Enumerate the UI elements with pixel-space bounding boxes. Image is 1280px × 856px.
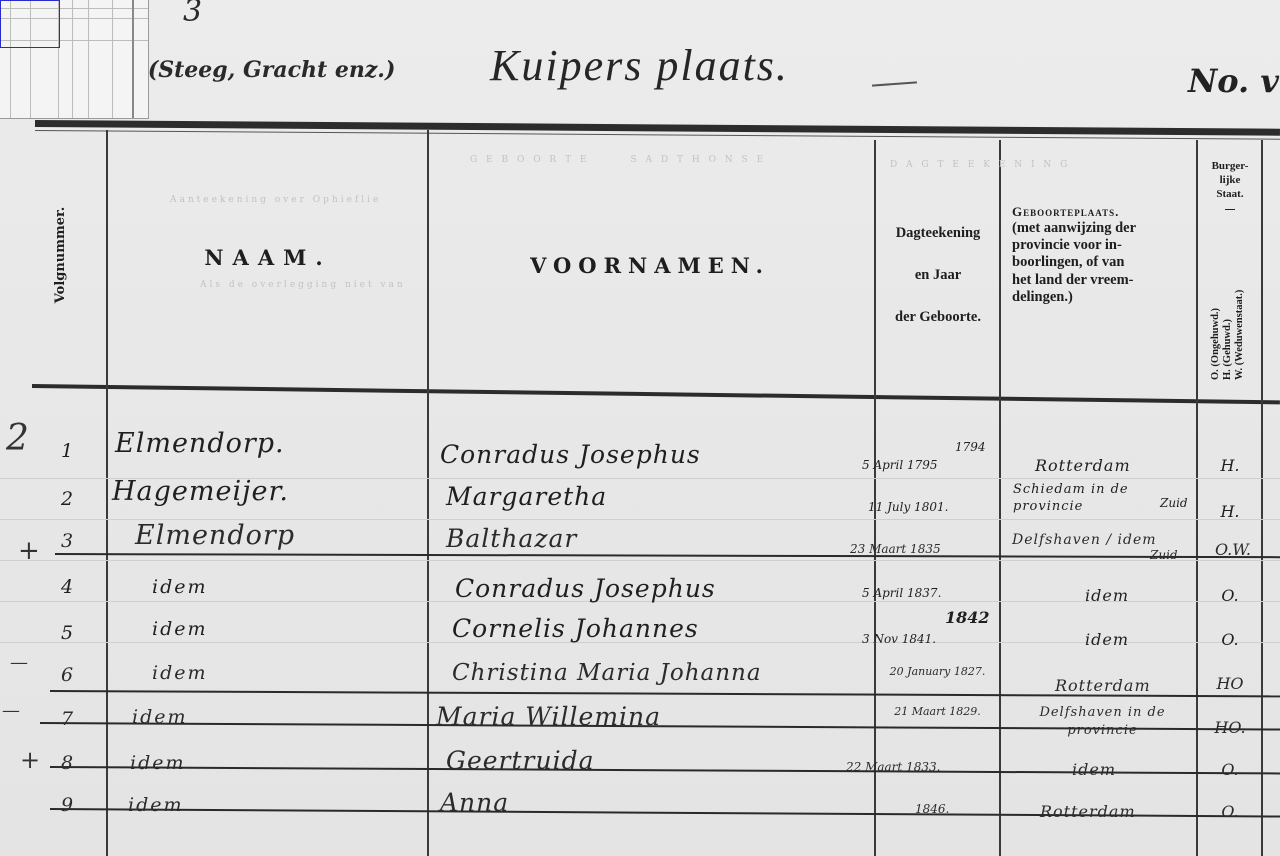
row-birth-date: 3 Nov 1841. [862,632,936,646]
row-surname: Elmendorp. [115,428,285,459]
row-birthplace: Delfshaven in de provincie [1010,704,1195,739]
row-surname: idem [130,752,186,774]
page-thumbnail-navigator[interactable] [0,0,149,119]
margin-mark: + [18,536,40,566]
burgerlijke-staat-codes: O. (Ongehuwd.) H. (Gehuwd.) W. (Weduwens… [1210,260,1250,380]
row-number: 8 [50,752,84,774]
bleed-through-text: Als de overlegging niet van [200,280,406,290]
column-divider-burg-next [1261,140,1263,856]
row-birth-date: 23 Maart 1835 [850,542,941,556]
column-header-voornamen: VOORNAMEN. [430,253,870,278]
row-surname: idem [152,662,208,684]
sheet-number: 3 [183,0,202,29]
margin-mark: 2 [6,418,29,459]
column-header-geboorteplaats: Geboorteplaats. (met aanwijzing der prov… [1012,204,1196,307]
row-birthplace: Rotterdam [1035,456,1131,475]
row-surname: idem [128,794,184,816]
row-number: 7 [50,708,84,730]
row-birth-date-correction: 1794 [955,440,986,454]
row-first-names: Christina Maria Johanna [452,660,762,686]
row-number: 9 [50,794,84,816]
row-number: 3 [50,530,84,552]
row-number: 6 [50,664,84,686]
row-surname: Hagemeijer. [112,476,289,507]
column-header-burgerlijke-staat: Burger- lijke Staat. [1199,160,1261,210]
row-civil-state: O. [1205,586,1255,605]
margin-mark: — [2,700,20,721]
row-civil-state: HO [1205,674,1255,693]
row-birthplace: idem [1085,630,1129,649]
column-divider-geb-burg [1196,140,1198,856]
row-strikethrough [55,553,1280,558]
register-page: 3 t (Steeg, Gracht enz.) Kuipers plaats.… [0,0,1280,856]
row-civil-state: H. [1205,456,1255,475]
row-number: 1 [50,440,84,462]
row-surname: idem [152,576,208,598]
row-birth-date: 5 April 1795 [862,458,938,472]
row-first-names: Conradus Josephus [455,574,716,603]
street-dash [872,81,917,86]
row-birthplace-extra: Zuid [1160,496,1188,510]
column-header-volgnummer: Volgnummer. [40,235,80,275]
row-civil-state: O. [1205,630,1255,649]
thumbnail-viewport-indicator[interactable] [0,0,60,48]
street-label: t (Steeg, Gracht enz.) [130,57,395,83]
row-first-names: Conradus Josephus [440,440,701,469]
row-surname: idem [152,618,208,640]
row-first-names: Margaretha [446,482,607,511]
row-first-names: Balthazar [446,524,577,553]
row-birth-date: 11 July 1801. [868,500,948,514]
row-civil-state: O. [1205,760,1255,779]
row-birthplace: Rotterdam [1040,802,1136,821]
header-dash [1225,209,1235,210]
row-birth-date: 21 Maart 1829. [880,704,995,721]
column-header-dagteekening: Dagteekening en Jaar der Geboorte. [876,212,1000,338]
row-number: 4 [50,576,84,598]
header-bottom-rule [32,384,1280,404]
bleed-through-text: Aanteekening over Ophieflie [170,195,381,205]
row-birth-date-correction: 1842 [945,608,990,627]
row-birthplace: Delfshaven / idem [1012,532,1157,548]
number-label: No. v [1188,62,1279,100]
bleed-through-text: D A G T E E K E N I N G [890,160,1070,170]
row-birth-date: 5 April 1837. [862,586,941,600]
row-birthplace: idem [1085,586,1129,605]
row-birthplace: Rotterdam [1055,676,1151,695]
street-value-handwritten: Kuipers plaats. [490,40,789,91]
row-number: 5 [50,622,84,644]
row-surname: Elmendorp [135,520,295,551]
row-civil-state: O. [1205,802,1255,821]
row-first-names: Cornelis Johannes [452,614,699,643]
row-number: 2 [50,488,84,510]
ruled-line [0,560,1280,561]
row-birth-date: 20 January 1827. [880,664,995,679]
column-header-naam: NAAM. [110,245,426,270]
bleed-through-text: G E B O O R T E S A D T H O N S E [470,155,766,165]
margin-mark: — [10,652,28,673]
header-top-rule [35,120,1280,136]
margin-mark: + [20,746,40,774]
row-civil-state: H. [1205,502,1255,521]
row-birthplace: idem [1072,760,1116,779]
column-divider-naam-voornamen [427,130,429,856]
column-divider-volg-naam [106,130,108,856]
